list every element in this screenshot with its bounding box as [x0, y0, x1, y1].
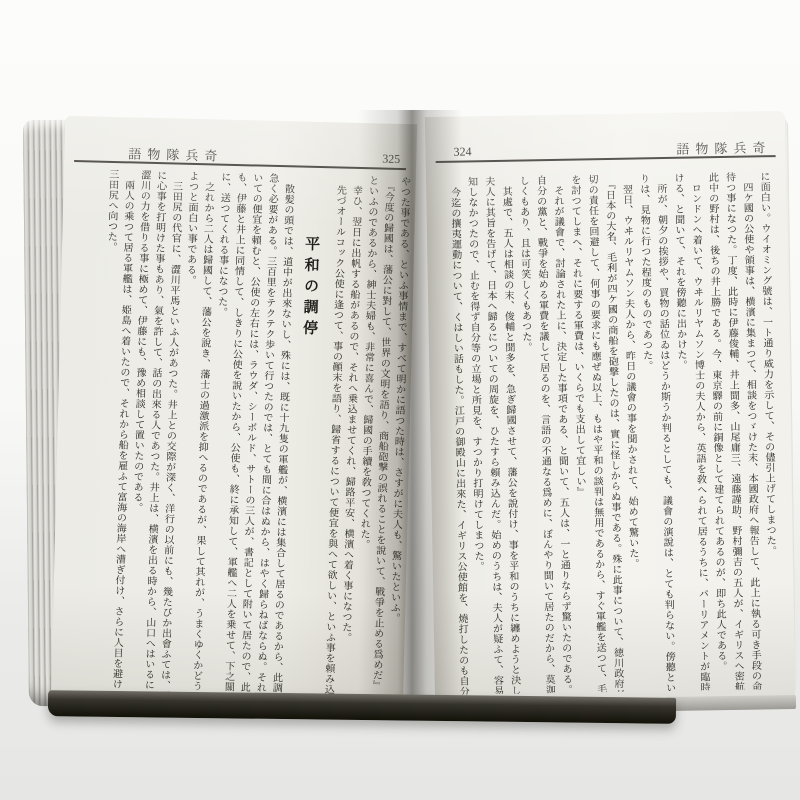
left-page-text: やつた事である、といふ事情まで、すべて明かに語つた時は、さすがに夫人も、驚いたと… [83, 169, 412, 707]
left-page: 語物隊兵奇 325 やつた事である、といふ事情まで、すべて明かに語つた時は、さす… [51, 116, 417, 712]
right-page-text: に面白い。ウイオミング號は、一ト通り威力を示して、その儘引上げてしまつた。 四ケ… [436, 171, 781, 695]
right-page: 語物隊兵奇 324 に面白い。ウイオミング號は、一ト通り威力を示して、その儘引上… [425, 111, 795, 705]
page-number: 325 [382, 152, 400, 167]
bottom-page-edges-right [666, 695, 796, 711]
open-book: 語物隊兵奇 325 やつた事である、といふ事情まで、すべて明かに語つた時は、さす… [26, 110, 792, 726]
book-photograph: 語物隊兵奇 325 やつた事である、といふ事情まで、すべて明かに語つた時は、さす… [0, 0, 800, 800]
page-number: 324 [453, 144, 471, 159]
